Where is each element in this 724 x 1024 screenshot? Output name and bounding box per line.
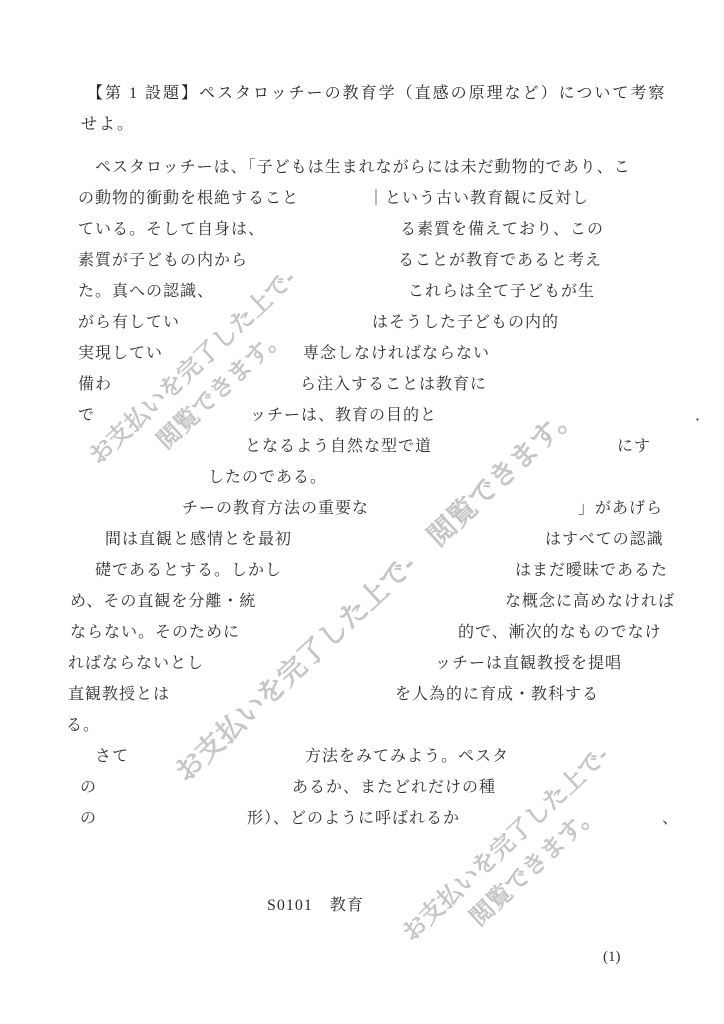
body-line-10-frag-1: となるよう自然な型で道 — [245, 437, 432, 456]
page-number: (1) — [603, 948, 621, 966]
body-line-22-frag-2: 形）、どのように呼ばれるか — [247, 809, 460, 828]
body-line-15-frag-1: め、その直観を分離・統 — [70, 592, 256, 611]
body-line-12-frag-1: チーの教育方法の重要な — [182, 499, 369, 518]
paywall-watermark-3: お支払いを完了した上で-閲覧できます。 — [395, 739, 641, 975]
document-page: お支払いを完了した上で-閲覧できます。お支払いを完了した上で- 閲覧できます。お… — [0, 0, 724, 1024]
body-line-5-frag-2: これらは全て子どもが生 — [408, 282, 595, 301]
title-line-2: せよ。 — [81, 115, 135, 134]
body-line-12-frag-2: 」があげら — [578, 499, 663, 518]
body-line-10-frag-2: にす — [617, 437, 651, 456]
body-line-9-frag-3: ． — [695, 406, 712, 425]
body-line-18-frag-2: を人為的に育成・教科する — [395, 685, 599, 704]
body-line-17-frag-1: ればならないとし — [68, 654, 204, 673]
body-line-18-frag-1: 直観教授とは — [68, 685, 170, 704]
body-line-3-frag-2: る素質を備えており、この — [400, 220, 604, 239]
watermark-line-1: お支払いを完了した上で- — [395, 739, 618, 950]
body-line-6-frag-1: がら有してい — [78, 313, 180, 332]
body-line-20-frag-1: さて — [95, 747, 129, 766]
body-line-19-frag-1: る。 — [66, 716, 100, 735]
body-line-16-frag-1: ならない。そのために — [70, 623, 240, 642]
body-line-9-frag-1: で — [78, 406, 95, 425]
body-line-8-frag-1: 備わ — [78, 375, 112, 394]
body-line-11-frag-1: したのである。 — [208, 468, 327, 487]
body-line-14-frag-2: はまだ曖昧であるた — [515, 561, 668, 580]
body-line-14-frag-1: 礎であるとする。しかし — [95, 561, 282, 580]
body-line-8-frag-2: ら注入することは教育に — [300, 375, 487, 394]
body-line-13-frag-2: はすべての認識 — [545, 530, 664, 549]
body-line-3-frag-1: ている。そして自身は、 — [78, 220, 265, 239]
body-line-21-frag-1: の — [80, 778, 97, 797]
body-line-15-frag-2: な概念に高めなければ — [505, 592, 675, 611]
body-line-13-frag-1: 間は直観と感情とを最初 — [105, 530, 292, 549]
body-line-6-frag-2: はそうした子どもの内的 — [372, 313, 559, 332]
footer-course-code: S0101 教育 — [267, 896, 364, 915]
body-line-2-frag-2: ｜という古い教育観に反対し — [368, 189, 589, 208]
body-line-5-frag-1: た。真への認識、 — [78, 282, 214, 301]
title-line-1: 【第 1 設題】ペスタロッチーの教育学（直感の原理など）について考察 — [87, 84, 666, 103]
body-line-22-frag-1: の — [80, 809, 97, 828]
body-line-4-frag-2: ることが教育であると考え — [398, 251, 602, 270]
body-line-17-frag-2: ッチーは直観教授を提唱 — [435, 654, 622, 673]
body-line-4-frag-1: 素質が子どもの内から — [78, 251, 248, 270]
body-line-22-frag-3: 、 — [662, 809, 679, 828]
body-line-2-frag-1: の動物的衝動を根絶すること — [78, 189, 299, 208]
body-line-1-frag-1: ペスタロッチーは、「子どもは生まれながらには未だ動物的であり、こ — [95, 158, 631, 177]
body-line-7-frag-1: 実現してい — [78, 344, 163, 363]
body-line-20-frag-2: 方法をみてみよう。ペスタ — [305, 747, 509, 766]
body-line-7-frag-2: 専念しなければならない — [303, 344, 490, 363]
body-line-9-frag-2: ッチーは、教育の目的と — [250, 406, 437, 425]
body-line-16-frag-2: 的で、漸次的なものでなけ — [458, 623, 662, 642]
body-line-21-frag-2: あるか、またどれだけの種 — [292, 778, 496, 797]
